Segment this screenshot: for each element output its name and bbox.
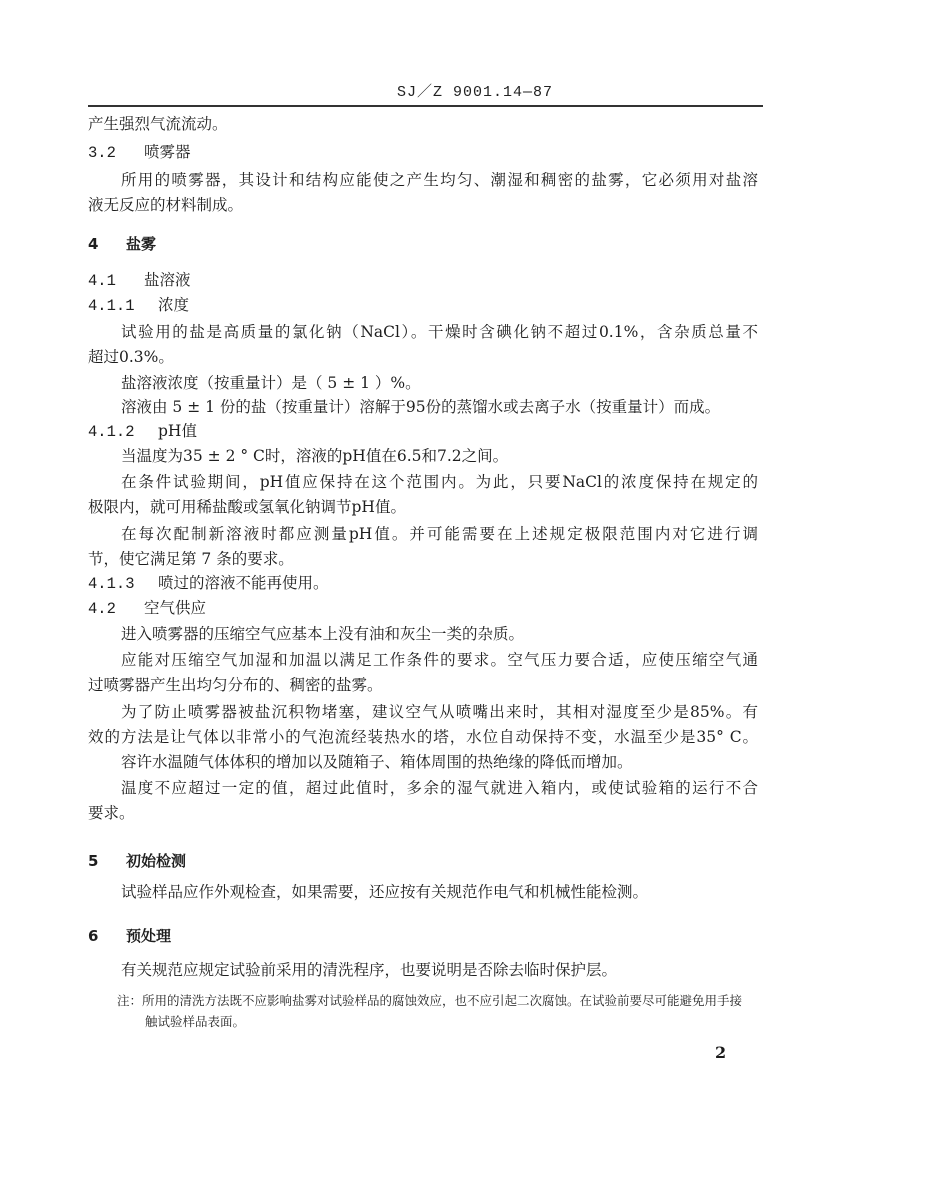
section-number: 4.2 [88, 599, 144, 619]
paragraph-line: 产生强烈气流流动。 [88, 114, 228, 134]
section-title: 喷过的溶液不能再使用。 [158, 574, 329, 592]
paragraph-line: 极限内，就可用稀盐酸或氢氧化钠调节pH值。 [88, 497, 406, 517]
section-title: 喷雾器 [144, 143, 191, 161]
paragraph-line: 溶液由 5 ± 1 份的盐（按重量计）溶解于95份的蒸馏水或去离子水（按重量计）… [121, 397, 720, 417]
paragraph-line: 在条件试验期间，pH值应保持在这个范围内。为此，只要NaCl的浓度保持在规定的 [121, 472, 758, 492]
paragraph-line: 容许水温随气体体积的增加以及随箱子、箱体周围的热绝缘的降低而增加。 [121, 752, 633, 772]
section-4-heading: 4盐雾 [88, 234, 156, 254]
note-line: 注：所用的清洗方法既不应影响盐雾对试验样品的腐蚀效应，也不应引起二次腐蚀。在试验… [117, 992, 742, 1010]
paragraph-line: 有关规范应规定试验前采用的清洗程序，也要说明是否除去临时保护层。 [121, 960, 617, 980]
paragraph-line: 要求。 [88, 803, 135, 823]
section-title: 浓度 [158, 296, 189, 314]
paragraph-line: 当温度为35 ± 2 ° C时，溶液的pH值在6.5和7.2之间。 [121, 446, 508, 466]
paragraph-line: 过喷雾器产生出均匀分布的、稠密的盐雾。 [88, 675, 383, 695]
paragraph-line: 试验样品应作外观检查，如果需要，还应按有关规范作电气和机械性能检测。 [121, 882, 648, 902]
section-title: pH值 [158, 422, 197, 440]
section-4-1-1-heading: 4.1.1浓度 [88, 295, 189, 316]
section-5-heading: 5初始检测 [88, 851, 186, 871]
header-rule [88, 105, 763, 107]
section-4-2-heading: 4.2空气供应 [88, 598, 206, 619]
section-title: 初始检测 [126, 852, 186, 870]
section-number: 5 [88, 851, 126, 871]
section-6-heading: 6预处理 [88, 926, 171, 946]
paragraph-line: 效的方法是让气体以非常小的气泡流经装热水的塔，水位自动保持不变，水温至少是35°… [88, 727, 758, 747]
paragraph-line: 进入喷雾器的压缩空气应基本上没有油和灰尘一类的杂质。 [121, 624, 524, 644]
paragraph-line: 盐溶液浓度（按重量计）是（ 5 ± 1 ）%。 [121, 373, 421, 393]
paragraph-line: 节，使它满足第 7 条的要求。 [88, 549, 294, 569]
section-4-1-3-heading: 4.1.3喷过的溶液不能再使用。 [88, 573, 329, 594]
page-number: 2 [715, 1043, 726, 1062]
section-4-1-heading: 4.1盐溶液 [88, 270, 191, 291]
note-line: 触试验样品表面。 [145, 1013, 245, 1031]
paragraph-line: 为了防止喷雾器被盐沉积物堵塞，建议空气从喷嘴出来时，其相对湿度至少是85%。有 [121, 702, 758, 722]
paragraph-line: 应能对压缩空气加湿和加温以满足工作条件的要求。空气压力要合适，应使压缩空气通 [121, 650, 758, 670]
section-3-2-heading: 3.2喷雾器 [88, 142, 191, 163]
paragraph-line: 液无反应的材料制成。 [88, 195, 243, 215]
document-page: SJ／Z 9001.14—87 产生强烈气流流动。 3.2喷雾器 所用的喷雾器，… [0, 0, 950, 1202]
section-number: 4.1.2 [88, 422, 158, 442]
doc-header-code: SJ／Z 9001.14—87 [0, 80, 950, 101]
section-title: 盐溶液 [144, 271, 191, 289]
section-4-1-2-heading: 4.1.2pH值 [88, 421, 197, 442]
section-title: 空气供应 [144, 599, 206, 617]
section-number: 4.1.1 [88, 296, 158, 316]
section-number: 6 [88, 926, 126, 946]
paragraph-line: 超过0.3%。 [88, 347, 174, 367]
section-title: 预处理 [126, 927, 171, 945]
section-number: 4 [88, 234, 126, 254]
section-title: 盐雾 [126, 235, 156, 253]
section-number: 3.2 [88, 143, 144, 163]
paragraph-line: 试验用的盐是高质量的氯化钠（NaCl）。干燥时含碘化钠不超过0.1%，含杂质总量… [121, 322, 758, 342]
paragraph-line: 所用的喷雾器，其设计和结构应能使之产生均匀、潮湿和稠密的盐雾，它必须用对盐溶 [121, 170, 758, 190]
paragraph-line: 温度不应超过一定的值，超过此值时，多余的湿气就进入箱内，或使试验箱的运行不合 [121, 778, 758, 798]
section-number: 4.1 [88, 271, 144, 291]
section-number: 4.1.3 [88, 574, 158, 594]
paragraph-line: 在每次配制新溶液时都应测量pH值。并可能需要在上述规定极限范围内对它进行调 [121, 524, 758, 544]
